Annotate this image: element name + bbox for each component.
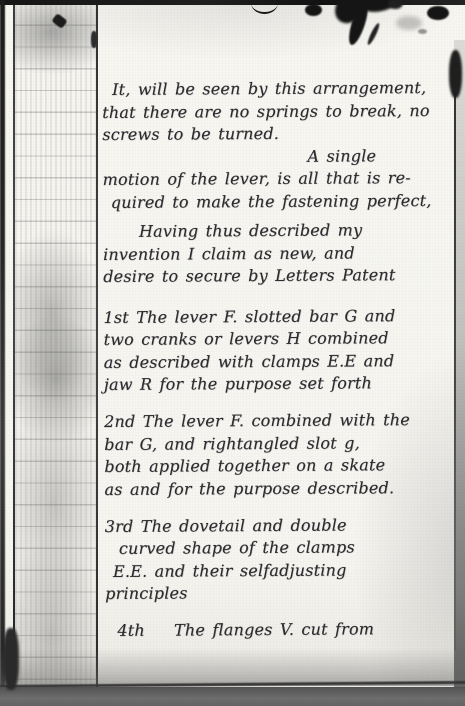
manuscript-line: as and for the purpose described.: [104, 476, 462, 501]
manuscript-line: 2nd The lever F. combined with the: [104, 409, 462, 434]
manuscript-line: bar G, and rightangled slot g,: [104, 431, 462, 456]
paragraph-claim-3: 3rd The dovetail and double curved shape…: [105, 513, 464, 605]
manuscript-line: jaw R for the purpose set forth: [104, 372, 462, 397]
manuscript-line: motion of the lever, is all that is re-: [103, 167, 461, 192]
manuscript-line: 4th The flanges V. cut from: [105, 618, 463, 643]
paragraph-claim-4: 4th The flanges V. cut from: [105, 618, 463, 643]
manuscript-line: as described with clamps E.E and: [104, 349, 462, 374]
manuscript-line: 1st The lever F. slotted bar G and: [103, 304, 461, 329]
manuscript-line: quired to make the fastening perfect,: [103, 189, 461, 214]
ink-blot: [427, 6, 449, 20]
paragraph-claim-2: 2nd The lever F. combined with the bar G…: [104, 409, 463, 501]
manuscript-line: E.E. and their selfadjusting: [105, 558, 463, 583]
left-margin-rule: [13, 4, 15, 692]
manuscript-line: desire to secure by Letters Patent: [103, 264, 461, 289]
scanned-document: It, will be seen by this arrangement, th…: [0, 0, 465, 706]
ink-blot: [305, 4, 322, 16]
ink-spot-on-rule: [91, 31, 97, 48]
manuscript-line: invention I claim as new, and: [103, 241, 461, 266]
manuscript-line: screws to be turned.: [102, 122, 460, 147]
manuscript-line: It, will be seen by this arrangement,: [102, 77, 460, 102]
smudge: [396, 16, 422, 30]
handwritten-text: It, will be seen by this arrangement, th…: [102, 77, 463, 643]
paragraph-claim-preamble: Having thus described my invention I cla…: [103, 219, 461, 289]
main-margin-rule: [96, 4, 98, 688]
manuscript-line: 3rd The dovetail and double: [105, 513, 463, 538]
manuscript-line: curved shape of the clamps: [105, 536, 463, 561]
paragraph-claim-1: 1st The lever F. slotted bar G and two c…: [103, 304, 462, 396]
manuscript-line: two cranks or levers H combined: [104, 327, 462, 352]
bottom-page-shadow: [0, 648, 465, 686]
manuscript-line: both applied together on a skate: [104, 454, 462, 479]
paragraph-intro: It, will be seen by this arrangement, th…: [102, 77, 461, 214]
manuscript-line: Having thus described my: [103, 219, 461, 244]
manuscript-line: principles: [105, 581, 463, 606]
ink-blot-bottom-left: [3, 628, 19, 690]
ink-speck: [418, 29, 427, 34]
left-scan-edge: [0, 0, 5, 706]
ruled-margin-column: [15, 4, 97, 688]
manuscript-line: that there are no springs to break, no: [102, 99, 460, 124]
manuscript-line: A single: [102, 144, 460, 169]
scanner-background-band: [0, 687, 465, 706]
